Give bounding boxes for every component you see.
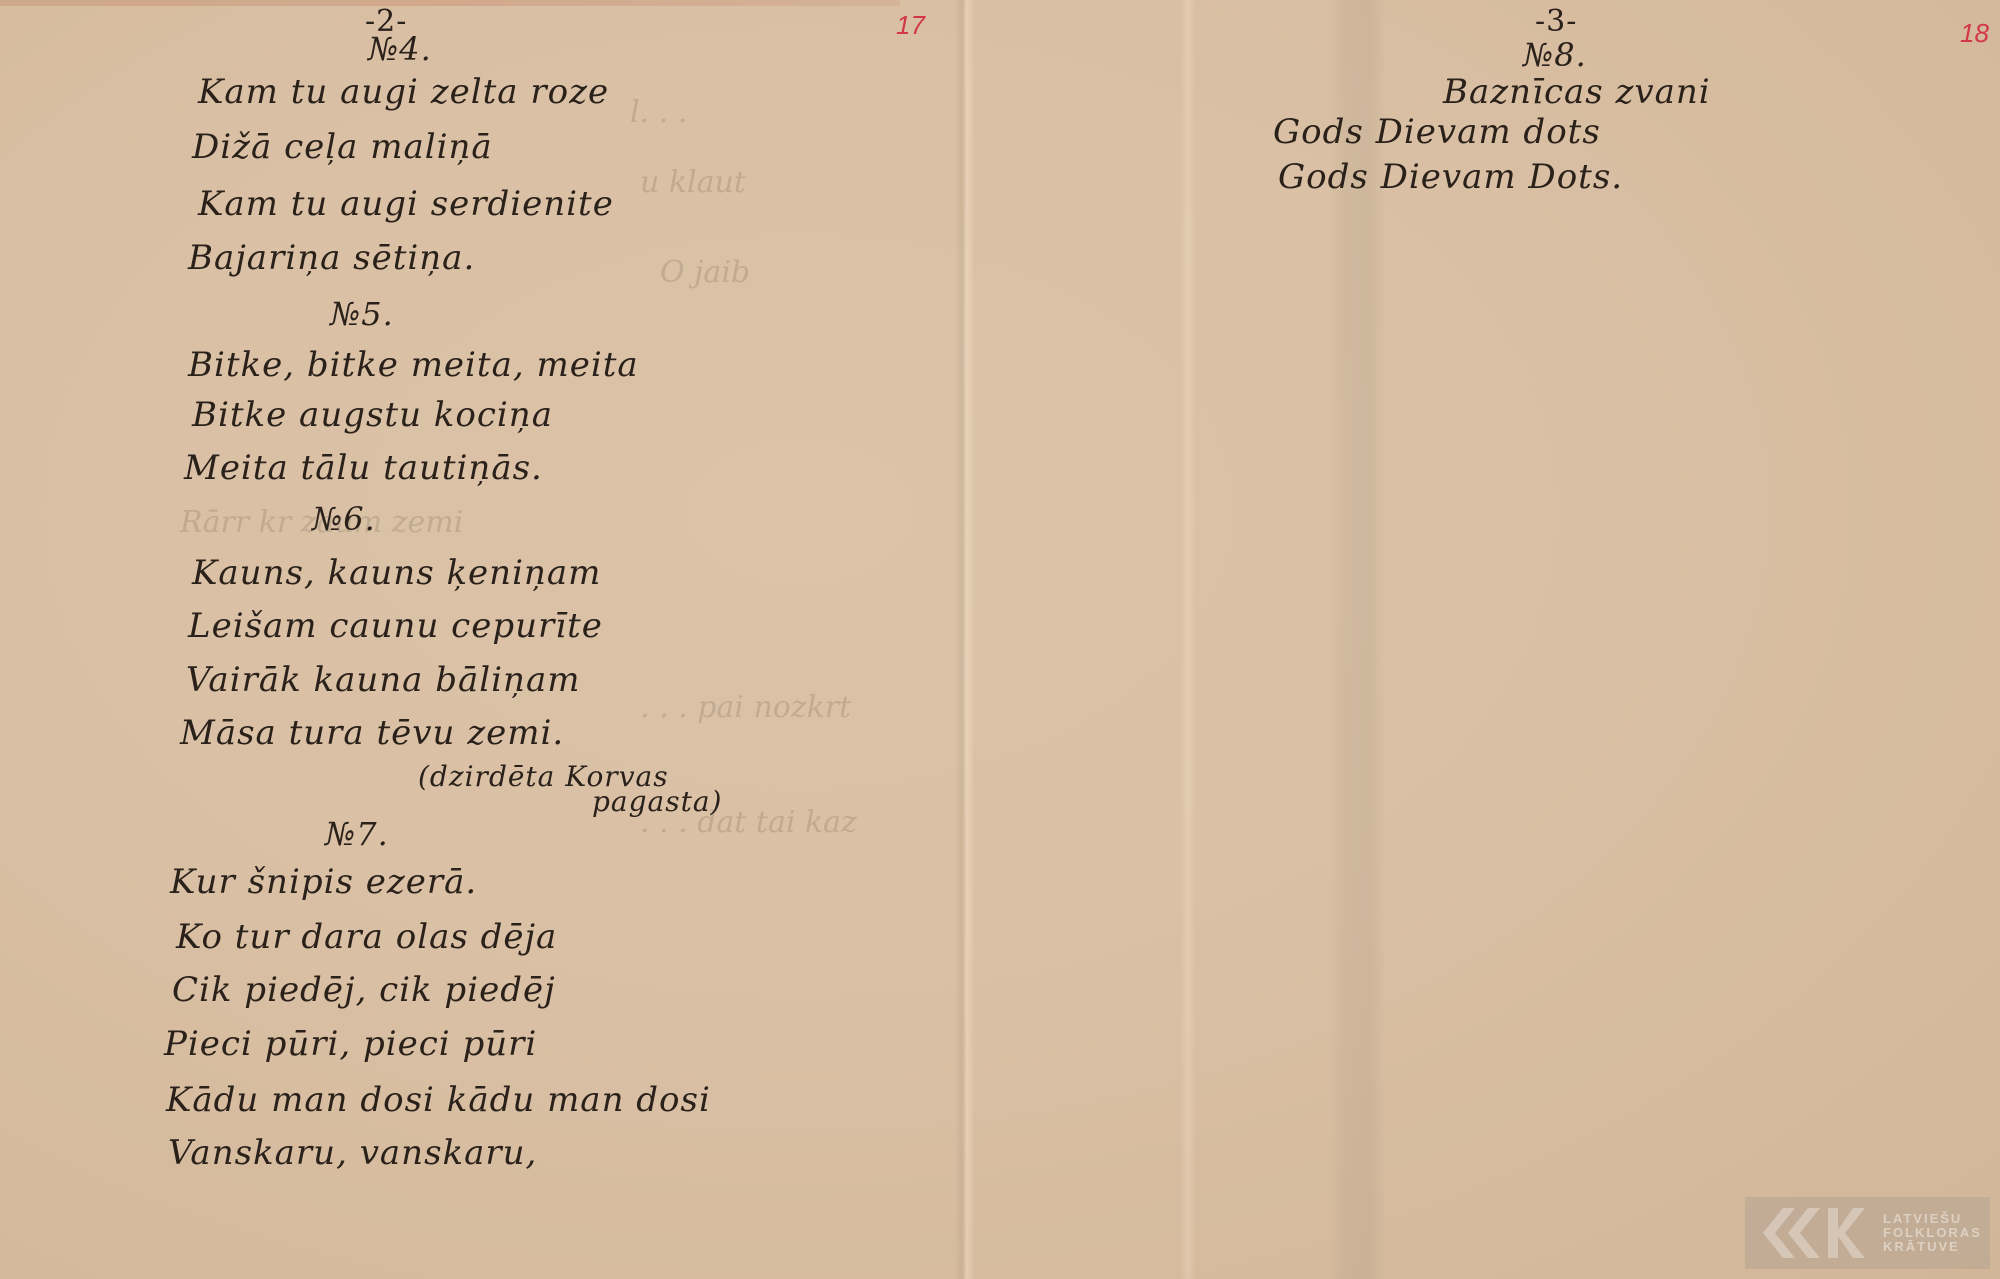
song-number: №5. bbox=[330, 295, 394, 333]
song-number: №7. bbox=[325, 815, 389, 853]
folio-number: 18 bbox=[1960, 18, 1989, 49]
archive-watermark: LATVIEŠU FOLKLORAS KRĀTUVE bbox=[1745, 1197, 1990, 1269]
song-number: №4. bbox=[368, 30, 432, 68]
verse-line: Pieci pūri, pieci pūri bbox=[164, 1024, 537, 1064]
verse-line: Leišam caunu cepurīte bbox=[188, 606, 603, 646]
folio-number: 17 bbox=[896, 10, 925, 41]
source-note: pagasta) bbox=[592, 785, 722, 818]
verse-line: Gods Dievam Dots. bbox=[1278, 157, 1623, 197]
song-number: №8. bbox=[1523, 36, 1587, 74]
verse-line: Kauns, kauns ķeniņam bbox=[192, 553, 601, 593]
verse-line: Meita tālu tautiņās. bbox=[184, 448, 543, 488]
watermark-line: KRĀTUVE bbox=[1883, 1240, 1982, 1254]
verse-line: Bitke, bitke meita, meita bbox=[188, 345, 639, 385]
verse-line: Vanskaru, vanskaru, bbox=[168, 1133, 537, 1173]
verse-line: Ko tur dara olas dēja bbox=[176, 917, 557, 957]
verse-line: Māsa tura tēvu zemi. bbox=[180, 713, 564, 753]
watermark-line: LATVIEŠU bbox=[1883, 1212, 1982, 1226]
verse-line: Kur šnipis ezerā. bbox=[170, 862, 477, 902]
verse-line: Bitke augstu kociņa bbox=[192, 395, 553, 435]
verse-line: Gods Dievam dots bbox=[1273, 112, 1601, 152]
verse-line: Dižā ceļa maliņā bbox=[192, 127, 493, 167]
watermark-line: FOLKLORAS bbox=[1883, 1226, 1982, 1240]
verse-line: Cik piedēj, cik piedēj bbox=[172, 970, 556, 1010]
verse-line: Kādu man dosi kādu man dosi bbox=[166, 1080, 711, 1120]
right-page: -3- 18 №8. Baznīcas zvani Gods Dievam do… bbox=[965, 0, 2000, 1279]
lfk-logo-icon bbox=[1753, 1203, 1873, 1263]
verse-line: Kam tu augi zelta roze bbox=[198, 72, 609, 112]
page-number: -3- bbox=[1535, 4, 1577, 39]
left-page: -2- 17 №4. Kam tu augi zelta roze Dižā c… bbox=[0, 0, 965, 1279]
song-title: Baznīcas zvani bbox=[1443, 72, 1711, 112]
verse-line: Vairāk kauna bāliņam bbox=[186, 660, 580, 700]
verse-line: Bajariņa sētiņa. bbox=[188, 238, 475, 278]
watermark-text: LATVIEŠU FOLKLORAS KRĀTUVE bbox=[1883, 1212, 1982, 1254]
verse-line: Kam tu augi serdienite bbox=[198, 184, 614, 224]
song-number: №6. bbox=[312, 500, 376, 538]
